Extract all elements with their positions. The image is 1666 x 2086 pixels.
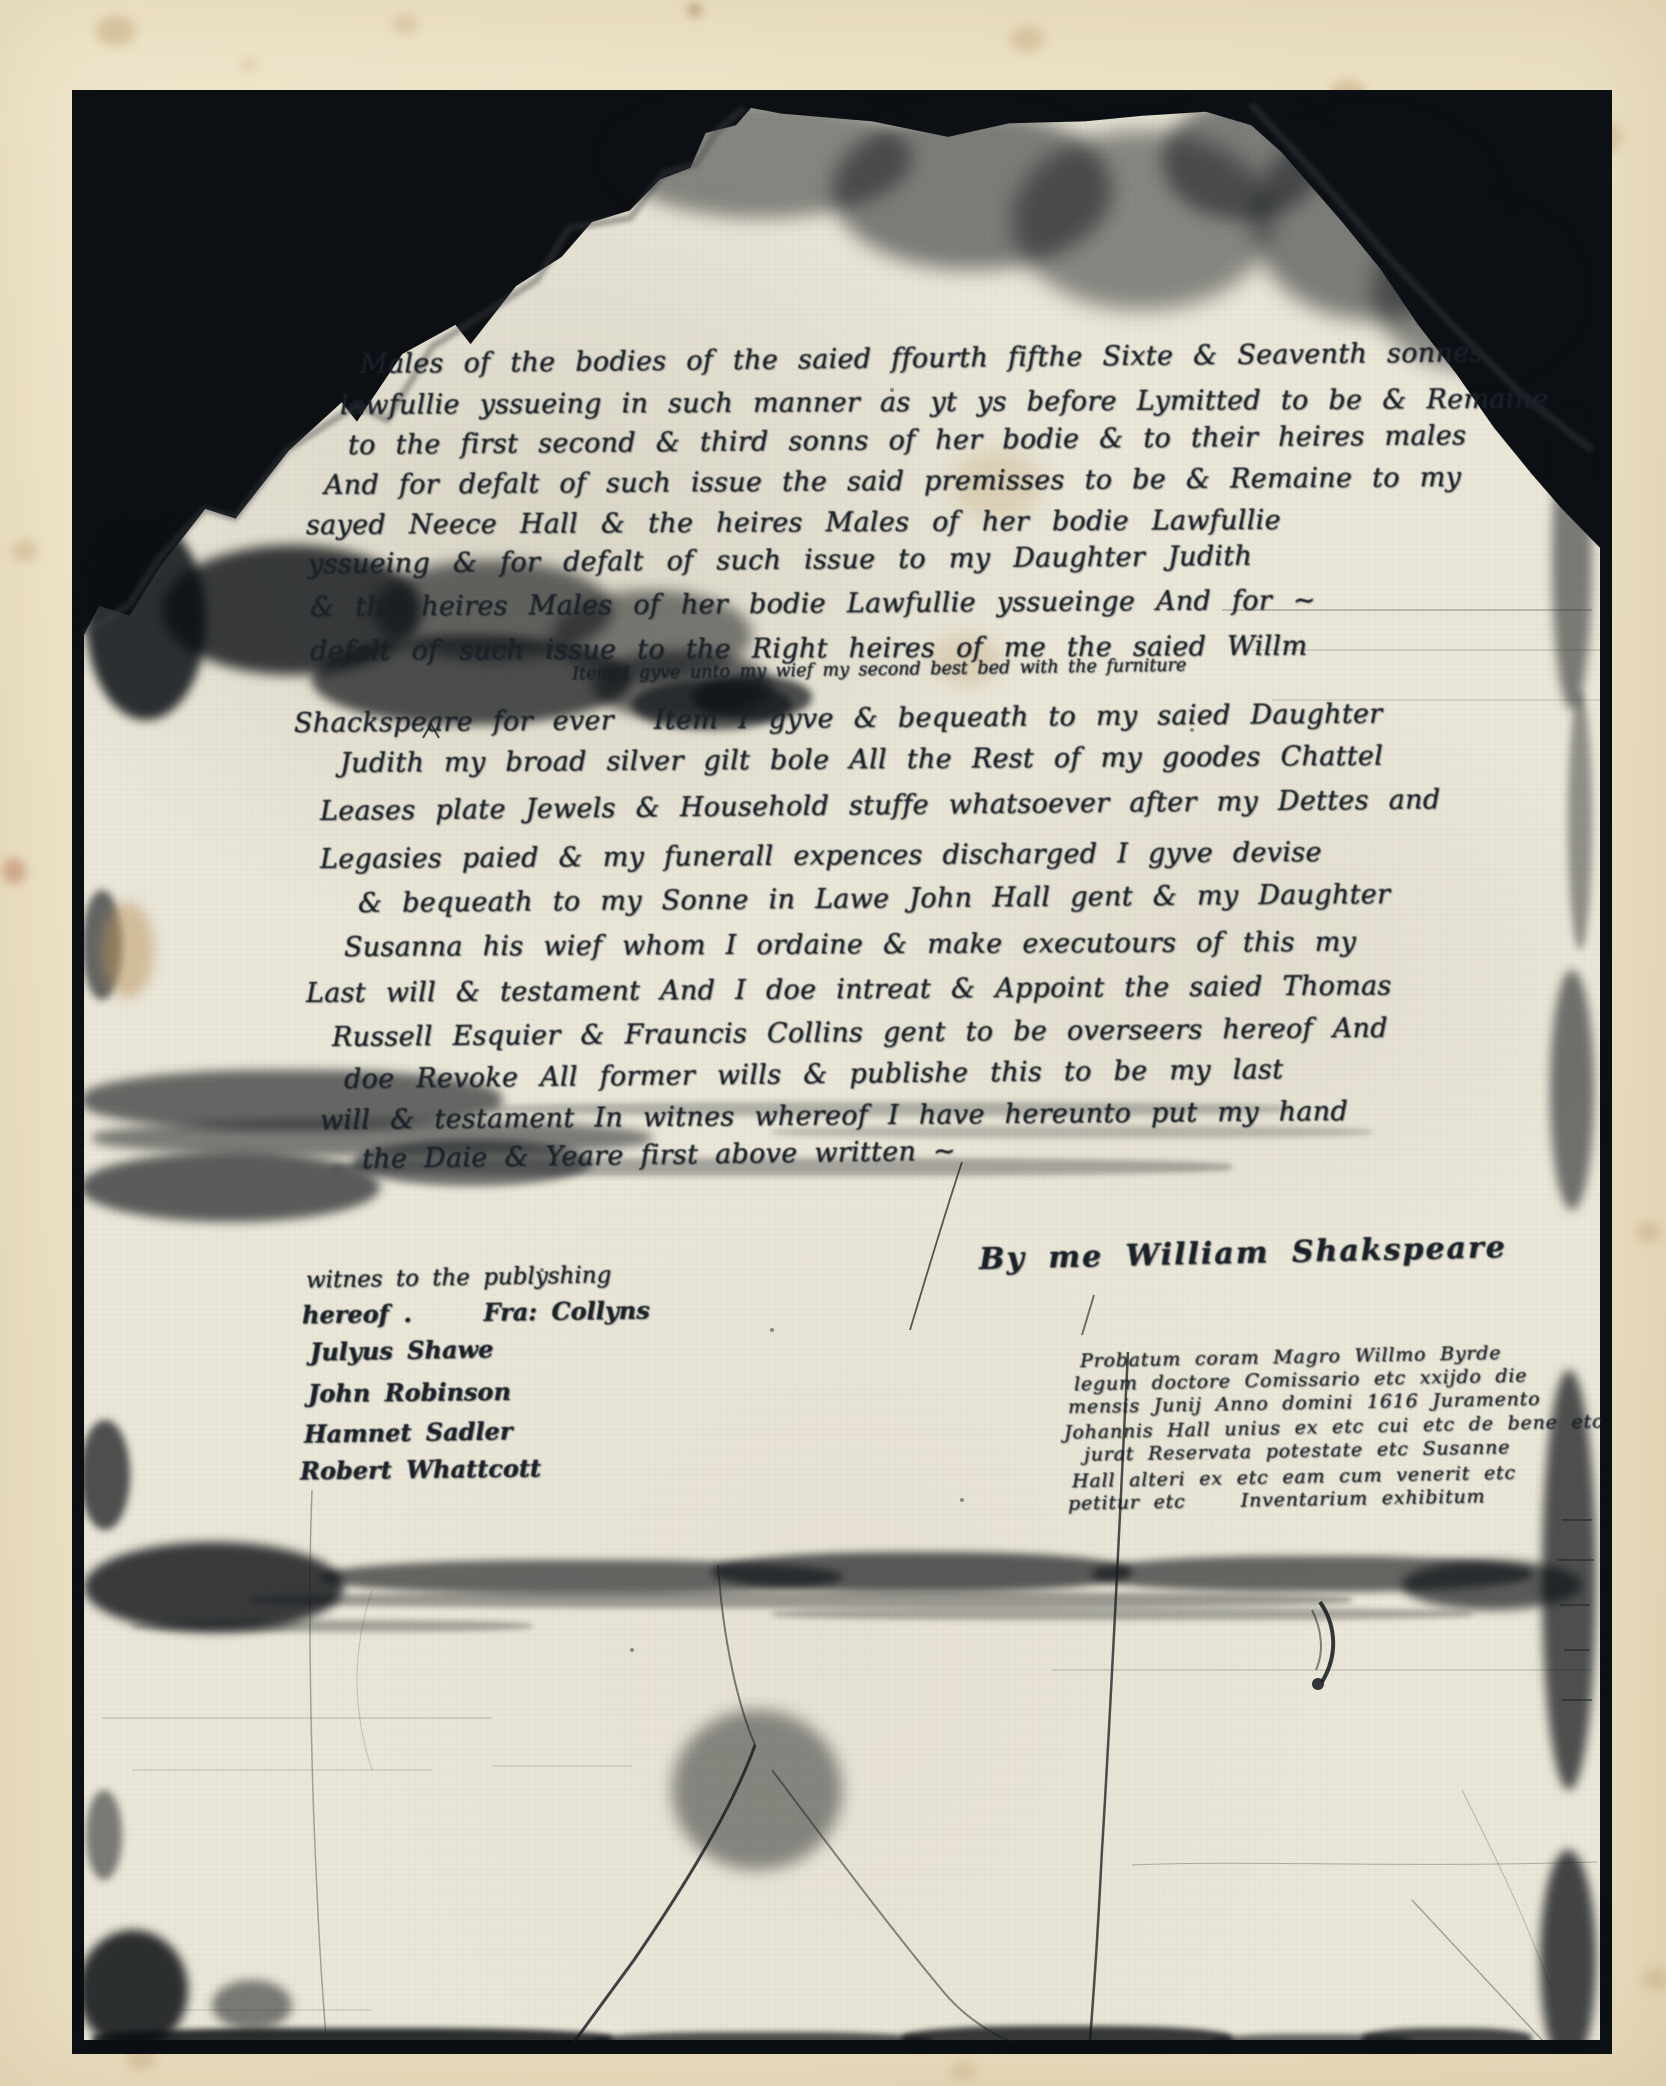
manuscript-photograph: Males of the bodies of the saied ffourth… <box>72 90 1612 2054</box>
will-body-line: sayed Neece Hall & the heires Males of h… <box>306 505 1281 541</box>
will-body-line: Susanna his wief whom I ordaine & make e… <box>344 927 1356 963</box>
will-body-line: lawfullie yssueing in such manner as yt … <box>340 384 1549 421</box>
witness-signature: Robert Whattcott <box>300 1454 541 1486</box>
foxing-spot <box>96 16 136 46</box>
witness-signature: Hamnet Sadler <box>304 1416 513 1448</box>
foxing-spot <box>1636 1222 1660 1242</box>
witness-signature: Julyus Shawe <box>310 1334 494 1366</box>
foxing-spot <box>240 58 258 72</box>
hook-pen-mark <box>1312 1602 1333 1690</box>
foxing-spot <box>392 14 418 34</box>
foxing-spot <box>1010 26 1044 52</box>
foxing-spot <box>2 858 26 884</box>
foxing-spot <box>1642 1968 1666 1990</box>
foxing-spot <box>688 4 702 16</box>
witness-signature: John Robinson <box>308 1377 511 1408</box>
foxing-spot <box>950 2062 976 2080</box>
witness-attestation-heading: witnes to the publyshing <box>306 1262 612 1293</box>
plate-background: Males of the bodies of the saied ffourth… <box>0 0 1666 2086</box>
foxing-spot <box>12 540 38 562</box>
witness-signature: hereof . Fra: Collyns <box>302 1296 650 1330</box>
